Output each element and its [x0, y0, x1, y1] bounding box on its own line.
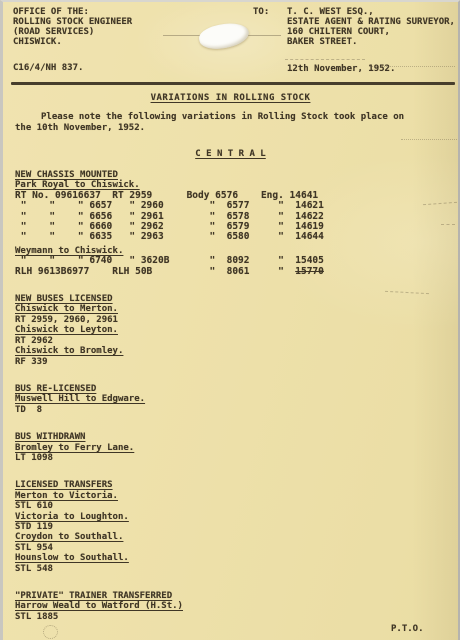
- fleet-line: TD 8: [15, 405, 455, 415]
- group-weymann: Weymann to Chiswick. " " " 6740 " 3620B …: [15, 246, 455, 277]
- section-heading: BUS WITHDRAWN: [15, 432, 455, 442]
- paper-tear-mark: [197, 19, 251, 53]
- intro-line: Please note the following variations in …: [15, 112, 435, 123]
- route-line: Hounslow to Southall.: [15, 553, 455, 563]
- section-private-trainer-transferred: "PRIVATE" TRAINER TRANSFERRED Harrow Wea…: [15, 591, 455, 622]
- section-licensed-transfers: LICENSED TRANSFERS Merton to Victoria. S…: [15, 480, 455, 574]
- route-line: Harrow Weald to Watford (H.St.): [15, 601, 455, 611]
- fleet-line: RF 339: [15, 357, 455, 367]
- chassis-row-rlh: RLH 9613B6977 RLH 50B " 8061 " 15770: [15, 267, 455, 277]
- document-page: OFFICE OF THE: ROLLING STOCK ENGINEER (R…: [0, 0, 460, 640]
- section-heading: "PRIVATE" TRAINER TRANSFERRED: [15, 591, 455, 601]
- section-new-buses-licensed: NEW BUSES LICENSED Chiswick to Merton. R…: [15, 294, 455, 367]
- chassis-row-text: RLH 9613B6977 RLH 50B " 8061 ": [15, 266, 295, 277]
- chassis-row: " " " 6635 " 2963 " 6580 " 14644: [15, 232, 455, 242]
- section-heading: NEW CHASSIS MOUNTED: [15, 170, 455, 180]
- fleet-line: STL 610: [15, 501, 455, 511]
- intro-line: the 10th November, 1952.: [15, 123, 435, 134]
- document-body: NEW CHASSIS MOUNTED Park Royal to Chiswi…: [15, 170, 455, 622]
- divider-rule: [11, 82, 455, 85]
- section-new-chassis-mounted: NEW CHASSIS MOUNTED Park Royal to Chiswi…: [15, 170, 455, 277]
- route-line: Croydon to Southall.: [15, 532, 455, 542]
- recipient-line: 160 CHILTERN COURT,: [287, 27, 455, 37]
- section-heading: NEW BUSES LICENSED: [15, 294, 455, 304]
- sender-line: ROLLING STOCK ENGINEER: [13, 17, 132, 27]
- route-line: Chiswick to Bromley.: [15, 346, 455, 356]
- fleet-line: STL 954: [15, 543, 455, 553]
- pto-note: P.T.O.: [391, 624, 424, 634]
- recipient-address: T. C. WEST ESQ., ESTATE AGENT & RATING S…: [287, 7, 455, 47]
- sender-address: OFFICE OF THE: ROLLING STOCK ENGINEER (R…: [13, 7, 132, 47]
- group-park-royal: Park Royal to Chiswick. RT No. 09616637 …: [15, 180, 455, 242]
- route-line: Chiswick to Merton.: [15, 304, 455, 314]
- sender-line: CHISWICK.: [13, 37, 132, 47]
- intro-paragraph: Please note the following variations in …: [15, 112, 435, 134]
- route-line: Merton to Victoria.: [15, 491, 455, 501]
- recipient-line: T. C. WEST ESQ.,: [287, 7, 455, 17]
- route-line: Chiswick to Leyton.: [15, 325, 455, 335]
- region-heading: C E N T R A L: [3, 149, 458, 159]
- scan-smudge: [401, 139, 457, 140]
- recipient-line: ESTATE AGENT & RATING SURVEYOR,: [287, 17, 455, 27]
- recipient-line: BAKER STREET.: [287, 37, 455, 47]
- route-line: Muswell Hill to Edgware.: [15, 394, 455, 404]
- to-label: TO:: [253, 7, 269, 17]
- scan-smudge: [43, 625, 58, 639]
- section-heading: BUS RE-LICENSED: [15, 384, 455, 394]
- sender-line: OFFICE OF THE:: [13, 7, 132, 17]
- scan-smudge: [369, 66, 455, 67]
- reference-number: C16/4/NH 837.: [13, 63, 83, 73]
- fleet-line: STD 119: [15, 522, 455, 532]
- sender-line: (ROAD SERVICES): [13, 27, 132, 37]
- fleet-line: RT 2959, 2960, 2961: [15, 315, 455, 325]
- scan-smudge: [285, 59, 365, 60]
- engine-number-struck: 15770: [295, 266, 324, 277]
- fleet-line: RT 2962: [15, 336, 455, 346]
- route-line: Bromley to Ferry Lane.: [15, 443, 455, 453]
- section-bus-relicensed: BUS RE-LICENSED Muswell Hill to Edgware.…: [15, 384, 455, 415]
- document-title: VARIATIONS IN ROLLING STOCK: [3, 93, 458, 103]
- fleet-line: LT 1098: [15, 453, 455, 463]
- section-heading: LICENSED TRANSFERS: [15, 480, 455, 490]
- scan-smudge: [441, 224, 455, 225]
- route-line: Victoria to Loughton.: [15, 512, 455, 522]
- section-bus-withdrawn: BUS WITHDRAWN Bromley to Ferry Lane. LT …: [15, 432, 455, 463]
- fleet-line: STL 1885: [15, 612, 455, 622]
- fleet-line: STL 548: [15, 564, 455, 574]
